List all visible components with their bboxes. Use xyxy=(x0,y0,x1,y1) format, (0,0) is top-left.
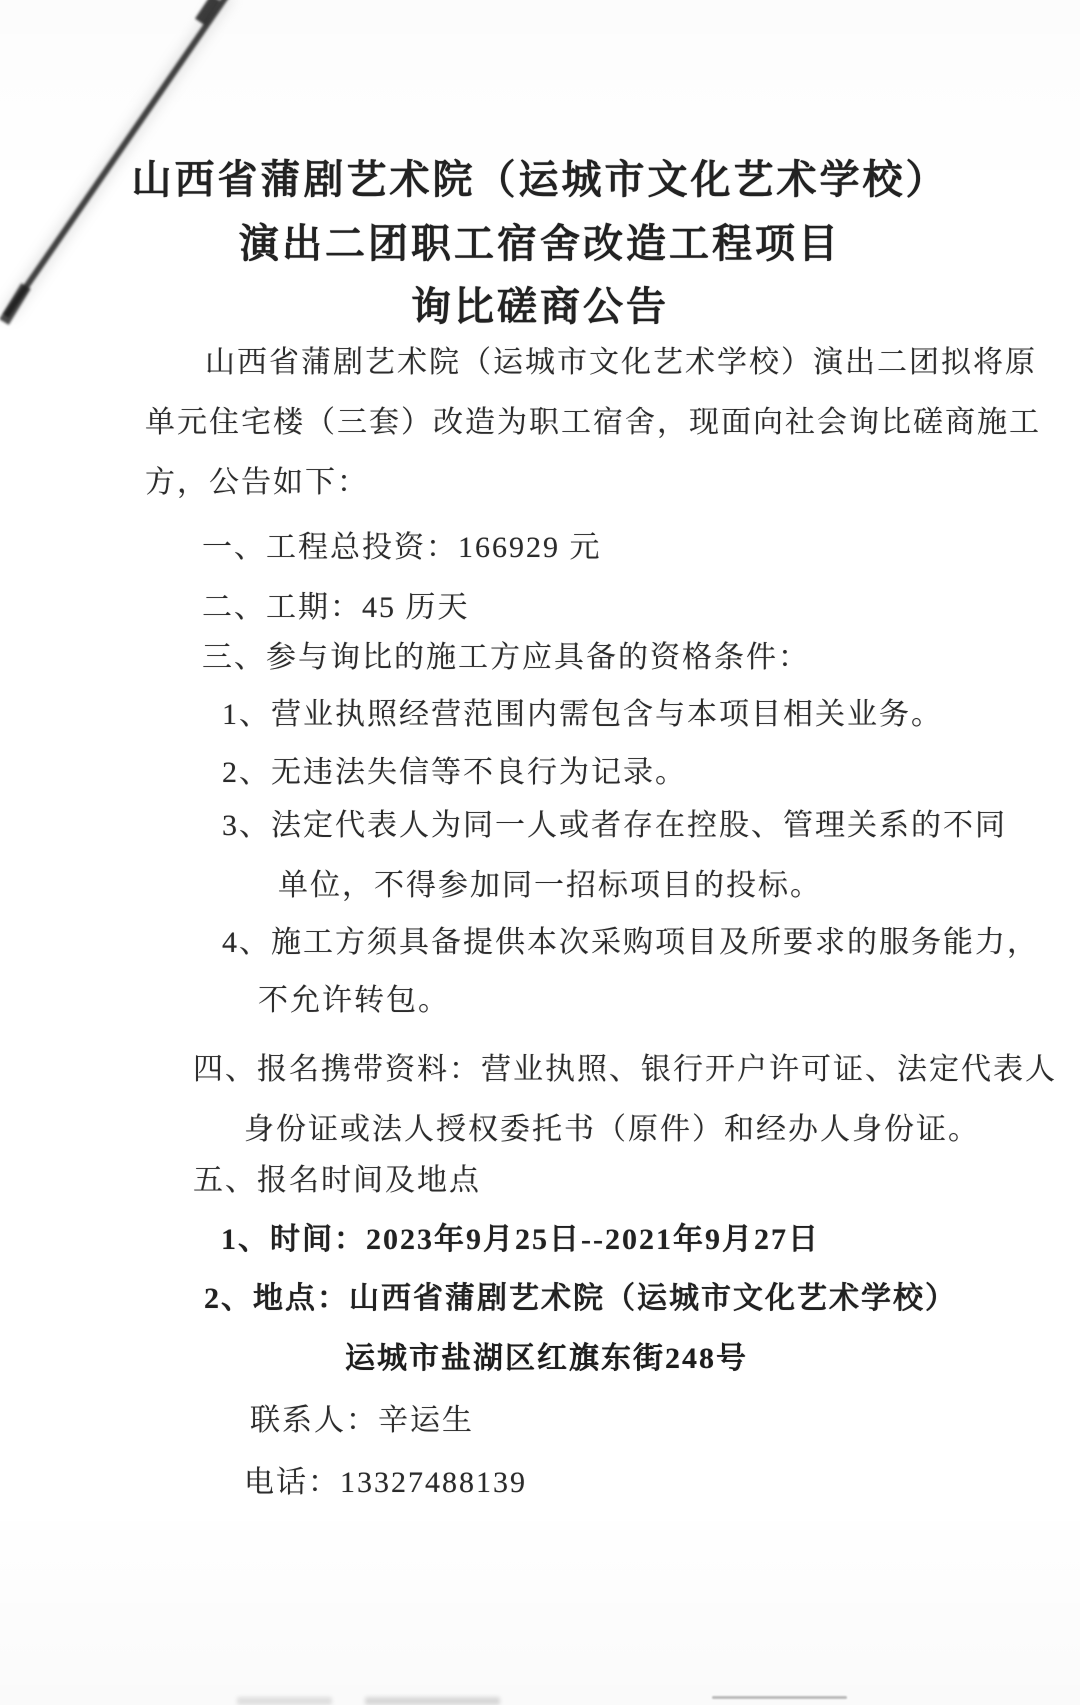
item-duration: 二、工期：45 历天 xyxy=(202,590,470,626)
signup-time: 1、时间：2023年9月25日--2021年9月27日 xyxy=(221,1222,820,1258)
item-signup-heading: 五、报名时间及地点 xyxy=(193,1163,481,1199)
qualification-3-line-1: 3、法定代表人为同一人或者存在控股、管理关系的不同 xyxy=(222,808,1007,844)
contact-person: 联系人：辛运生 xyxy=(250,1403,474,1439)
intro-line-2: 单元住宅楼（三套）改造为职工宿舍，现面向社会询比磋商施工 xyxy=(145,405,1041,441)
qualification-1: 1、营业执照经营范围内需包含与本项目相关业务。 xyxy=(222,697,943,733)
doc-title-line-3: 询比磋商公告 xyxy=(0,283,1080,331)
qualification-2: 2、无违法失信等不良行为记录。 xyxy=(222,755,687,791)
signup-place: 2、地点：山西省蒲剧艺术院（运城市文化艺术学校） xyxy=(204,1281,957,1317)
scan-bottom-line-artifact xyxy=(712,1696,847,1699)
qualification-3-line-2: 单位，不得参加同一招标项目的投标。 xyxy=(278,868,822,904)
qualification-4-line-1: 4、施工方须具备提供本次采购项目及所要求的服务能力， xyxy=(222,925,1039,961)
item-qualifications-heading: 三、参与询比的施工方应具备的资格条件： xyxy=(202,640,810,676)
doc-title-line-1: 山西省蒲剧艺术院（运城市文化艺术学校） xyxy=(0,156,1080,204)
scan-bottom-smudge-left xyxy=(237,1697,332,1705)
doc-title-line-2: 演出二团职工宿舍改造工程项目 xyxy=(0,220,1080,268)
signup-address: 运城市盐湖区红旗东街248号 xyxy=(345,1341,748,1377)
qualification-4-line-2: 不允许转包。 xyxy=(258,983,450,1019)
intro-line-1: 山西省蒲剧艺术院（运城市文化艺术学校）演出二团拟将原 xyxy=(205,345,1037,381)
scanned-announcement-page: 山西省蒲剧艺术院（运城市文化艺术学校） 演出二团职工宿舍改造工程项目 询比磋商公… xyxy=(0,0,1080,1705)
scan-bottom-smudge-mid xyxy=(365,1697,500,1705)
item-materials-line-2: 身份证或法人授权委托书（原件）和经办人身份证。 xyxy=(244,1112,980,1148)
intro-line-3: 方，公告如下： xyxy=(145,465,369,501)
contact-phone: 电话：13327488139 xyxy=(244,1465,527,1501)
item-materials-line-1: 四、报名携带资料：营业执照、银行开户许可证、法定代表人 xyxy=(193,1052,1057,1088)
item-total-investment: 一、工程总投资：166929 元 xyxy=(202,530,602,566)
